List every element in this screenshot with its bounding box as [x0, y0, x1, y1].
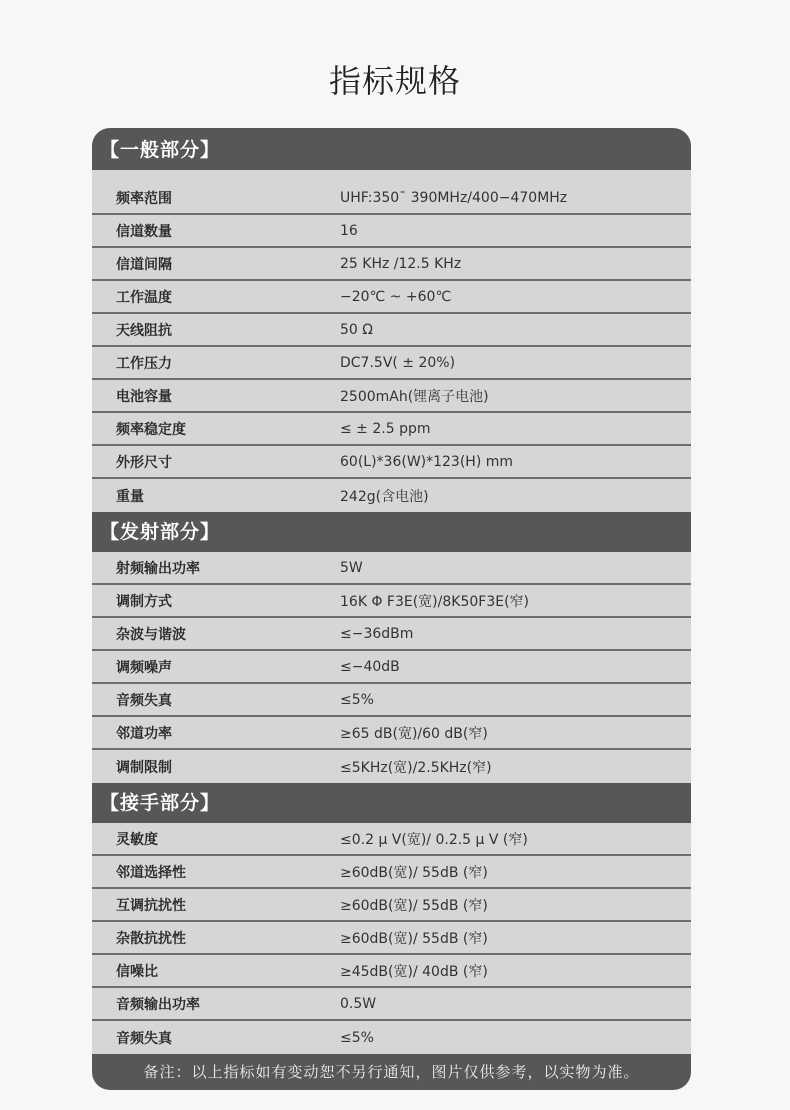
spec-label: 邻道选择性 — [92, 862, 340, 882]
spec-value: 16K Φ F3E(宽)/8K50F3E(窄) — [340, 591, 691, 611]
spec-label: 射频输出功率 — [92, 558, 340, 578]
spec-row: 杂散抗扰性≥60dB(宽)/ 55dB (窄) — [92, 922, 691, 955]
spec-row: 工作温度−20℃ ~ +60℃ — [92, 281, 691, 314]
spec-value: ≤5% — [340, 1030, 691, 1046]
spec-label: 重量 — [92, 486, 340, 506]
spec-label: 音频失真 — [92, 690, 340, 710]
spec-label: 调频噪声 — [92, 657, 340, 677]
transmit-rows: 射频输出功率5W调制方式16K Φ F3E(宽)/8K50F3E(窄)杂波与谐波… — [92, 552, 691, 783]
spec-row: 调频噪声≤−40dB — [92, 651, 691, 684]
spec-value: ≤5KHz(宽)/2.5KHz(窄) — [340, 757, 691, 777]
spec-value: 50 Ω — [340, 322, 691, 338]
spec-label: 邻道功率 — [92, 723, 340, 743]
spec-value: ≥60dB(宽)/ 55dB (窄) — [340, 928, 691, 948]
spec-row: 信道间隔25 KHz /12.5 KHz — [92, 248, 691, 281]
spec-label: 音频失真 — [92, 1028, 340, 1048]
spec-value: −20℃ ~ +60℃ — [340, 289, 691, 305]
spec-label: 音频输出功率 — [92, 994, 340, 1014]
spec-label: 工作温度 — [92, 287, 340, 307]
spec-row: 调制方式16K Φ F3E(宽)/8K50F3E(窄) — [92, 585, 691, 618]
spec-value: 25 KHz /12.5 KHz — [340, 256, 691, 272]
spec-row: 频率稳定度≤ ± 2.5 ppm — [92, 413, 691, 446]
spec-value: ≤−40dB — [340, 659, 691, 675]
spec-value: 16 — [340, 223, 691, 239]
spec-row: 音频输出功率0.5W — [92, 988, 691, 1021]
spec-label: 调制方式 — [92, 591, 340, 611]
spec-label: 频率范围 — [92, 188, 340, 208]
spec-value: 242g(含电池) — [340, 486, 691, 506]
spec-row: 音频失真≤5% — [92, 1021, 691, 1054]
spec-label: 信噪比 — [92, 961, 340, 981]
spec-value: 5W — [340, 560, 691, 576]
spec-value: 60(L)*36(W)*123(H) mm — [340, 454, 691, 470]
spec-label: 信道间隔 — [92, 254, 340, 274]
spec-value: ≤5% — [340, 692, 691, 708]
spec-value: 2500mAh(锂离子电池) — [340, 386, 691, 406]
spec-row: 频率范围UHF:350¯ 390MHz/400−470MHz — [92, 182, 691, 215]
spec-row: 信道数量16 — [92, 215, 691, 248]
spec-row: 电池容量2500mAh(锂离子电池) — [92, 380, 691, 413]
spec-label: 杂散抗扰性 — [92, 928, 340, 948]
spec-label: 电池容量 — [92, 386, 340, 406]
footer-note: 备注：以上指标如有变动恕不另行通知，图片仅供参考，以实物为准。 — [92, 1054, 691, 1090]
spec-row: 音频失真≤5% — [92, 684, 691, 717]
spec-label: 频率稳定度 — [92, 419, 340, 439]
spec-row: 天线阻抗50 Ω — [92, 314, 691, 347]
spec-table: 【一般部分】 频率范围UHF:350¯ 390MHz/400−470MHz信道数… — [92, 128, 691, 1090]
receive-rows: 灵敏度≤0.2 μ V(宽)/ 0.2.5 μ V (窄)邻道选择性≥60dB(… — [92, 823, 691, 1054]
spec-row: 工作压力DC7.5V( ± 20%) — [92, 347, 691, 380]
spec-label: 天线阻抗 — [92, 320, 340, 340]
spec-value: ≥60dB(宽)/ 55dB (窄) — [340, 895, 691, 915]
spec-value: UHF:350¯ 390MHz/400−470MHz — [340, 190, 691, 206]
spec-row: 邻道功率≥65 dB(宽)/60 dB(窄) — [92, 717, 691, 750]
spec-row: 信噪比≥45dB(宽)/ 40dB (窄) — [92, 955, 691, 988]
spec-row: 射频输出功率5W — [92, 552, 691, 585]
spec-value: ≥65 dB(宽)/60 dB(窄) — [340, 723, 691, 743]
section-header-transmit: 【发射部分】 — [92, 512, 691, 552]
spec-label: 调制限制 — [92, 757, 340, 777]
page-title: 指标规格 — [0, 56, 790, 102]
spec-value: ≤−36dBm — [340, 626, 691, 642]
spec-label: 工作压力 — [92, 353, 340, 373]
spec-value: ≥60dB(宽)/ 55dB (窄) — [340, 862, 691, 882]
spec-label: 信道数量 — [92, 221, 340, 241]
spec-row: 调制限制≤5KHz(宽)/2.5KHz(窄) — [92, 750, 691, 783]
spec-row: 互调抗扰性≥60dB(宽)/ 55dB (窄) — [92, 889, 691, 922]
spec-row: 外形尺寸60(L)*36(W)*123(H) mm — [92, 446, 691, 479]
general-rows: 频率范围UHF:350¯ 390MHz/400−470MHz信道数量16信道间隔… — [92, 182, 691, 512]
spacer — [92, 170, 691, 182]
spec-label: 杂波与谐波 — [92, 624, 340, 644]
spec-value: DC7.5V( ± 20%) — [340, 355, 691, 371]
spec-label: 互调抗扰性 — [92, 895, 340, 915]
spec-label: 灵敏度 — [92, 829, 340, 849]
spec-value: ≤0.2 μ V(宽)/ 0.2.5 μ V (窄) — [340, 829, 691, 849]
spec-row: 邻道选择性≥60dB(宽)/ 55dB (窄) — [92, 856, 691, 889]
spec-row: 杂波与谐波≤−36dBm — [92, 618, 691, 651]
spec-value: 0.5W — [340, 996, 691, 1012]
spec-value: ≥45dB(宽)/ 40dB (窄) — [340, 961, 691, 981]
section-header-receive: 【接手部分】 — [92, 783, 691, 823]
spec-value: ≤ ± 2.5 ppm — [340, 421, 691, 437]
spec-label: 外形尺寸 — [92, 452, 340, 472]
section-header-general: 【一般部分】 — [92, 128, 691, 170]
spec-row: 重量242g(含电池) — [92, 479, 691, 512]
spec-row: 灵敏度≤0.2 μ V(宽)/ 0.2.5 μ V (窄) — [92, 823, 691, 856]
